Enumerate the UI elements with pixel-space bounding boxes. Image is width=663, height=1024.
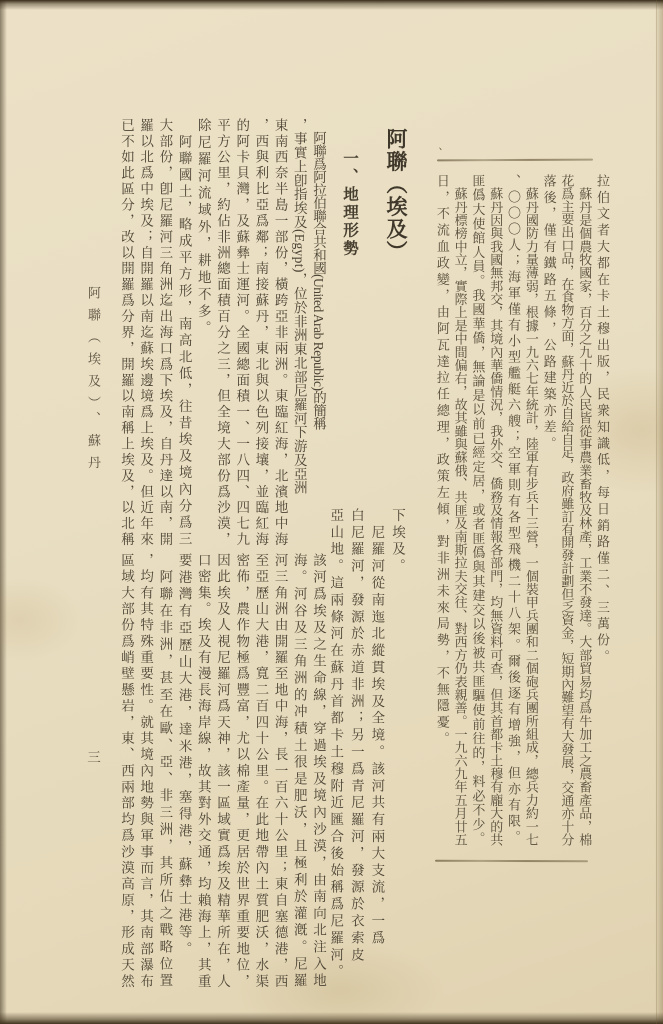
body-lower-band-right: 下埃及。 尼羅河從南迤北縱貫埃及全境。該河共有兩大支流，一爲白尼羅河，發源於赤道… [323,508,407,990]
body-text-column: ，西與利比亞爲鄰；南接蘇丹，東北與以色列接壤，並臨紅海 [251,118,270,548]
margin-label: 阿聯（埃及）、蘇丹 [84,286,103,546]
body-text-column: 要港灣有亞歷山大港，達米港，塞得港，蘇彝士港等。 [174,553,193,990]
body-text-column: 大部份，卽尼羅河三角洲迄出海口爲下埃及，自丹達以南，開 [155,118,174,548]
body-text-column: 阿聯國土，略成平方形，南高北低，往昔埃及境內分爲三 [174,118,193,548]
body-text-column: 密佈，農作物極爲豐富，尤以棉產量，更居於世界重要地位， [232,553,251,990]
body-text-column: 羅以北爲中埃及；自開羅以南迄蘇埃邊境爲上埃及。但近年來 [136,118,155,548]
sudan-text-block: 拉伯文者大都在卡土穆出版，民衆知識低，每日銷路僅二、三萬份。 蘇丹是個農牧國家，… [433,174,611,846]
body-text-column: 至亞歷山大港，寬二百四十公里。在此地帶內土質肥沃，水渠 [251,553,270,990]
section-heading: 一、地理形勢 [338,150,360,290]
body-text-column: 該河爲埃及之生命線，穿過埃及境內沙漠，由南向北注入地 [309,553,328,990]
body-text-column: ，事實上卽指埃及(Egypt)，位於非洲東北部尼羅河下游及亞洲 [290,118,309,548]
body-text-column: 除尼羅河流域外，耕地不多。 [194,118,213,548]
body-text-column: 平方公里，約佔非洲總面積百分之三，但全境大部份爲沙漠， [213,118,232,548]
sudan-text-column: 蘇丹因與我國無邦交，其境內華僑情況，我外交、僑務及情報各部門，均無資料可查，但其… [486,174,504,846]
sudan-text-column: 蘇丹是個農牧國家，百分之九十的人民皆從事農業畜牧及林產，工業不發達。大部貿易均爲… [575,174,593,846]
chapter-title: 阿聯（埃及） [381,128,411,278]
body-text-column: ，均有其特殊重要性。就其境內地勢與軍事而言，其南部瀑布 [136,553,155,990]
sudan-text-column: 匪僞大使館人員。我國華僑，無論是以前已經定居，或者匪僞與其建交以後被共匪驅使前往… [469,174,487,846]
body-text-column: 阿聯在非洲，甚至在歐、亞、非三洲，其所佔之戰略位置 [155,553,174,990]
body-text-column: 阿聯爲阿拉伯聯合共和國(United Arab Republic)的簡稱 [309,118,328,548]
body-text-column: 區域大部份爲峭壁懸岩，東、西兩部均爲沙漠高原，形成天然 [117,553,136,990]
rule-tick-mark: 、 [428,147,444,158]
page-number: 三 [82,750,102,780]
body-text-column: 白尼羅河，發源於赤道非洲；另一爲青尼羅河，發源於衣索皮 [345,508,366,990]
body-text-column: 東南西奈半島一部份，橫跨亞非兩洲。東臨紅海，北濱地中海 [270,118,289,548]
body-text-column: 的阿卡貝灣，及蘇彝士運河。全國總面積一、一八四、四七九 [232,118,251,548]
scanned-document-page: 、 拉伯文者大都在卡土穆出版，民衆知識低，每日銷路僅二、三萬份。 蘇丹是個農牧國… [0,0,663,1024]
body-lower-band-left: 該河爲埃及之生命線，穿過埃及境內沙漠，由南向北注入地海。河谷及三角洲的冲積土很是… [116,553,328,990]
body-text-column: 下埃及。 [386,508,407,990]
body-text-column: 因此埃及人視尼羅河爲天神，該一區域實爲埃及精華所在，人 [213,553,232,990]
sudan-text-column: 落後，僅有鐵路五條，公路建築亦差。 [540,174,558,846]
body-text-column: 已不如此區分，改以開羅爲分界，開羅以南稱上埃及，以北稱 [117,118,136,548]
body-text-column: 口密集。埃及有漫長海岸線，故其對外交通，均賴海上，其重 [194,553,213,990]
sudan-text-column: 拉伯文者大都在卡土穆出版，民衆知識低，每日銷路僅二、三萬份。 [593,174,611,846]
body-upper-band: 阿聯爲阿拉伯聯合共和國(United Arab Republic)的簡稱，事實上… [116,118,328,548]
body-text-column: 河三角洲由開羅至地中海，長一百六十公里；東自塞德港，西 [270,553,289,990]
sudan-text-column: 花爲主要出口品，在食物方面，蘇丹近於自給自足，政府雖訂有開發計劃但乏資金，短期內… [558,174,576,846]
body-text-column: 尼羅河從南迤北縱貫埃及全境。該河共有兩大支流，一爲 [366,508,387,990]
sudan-text-column: 、〇〇〇人；海軍僅有小型艦艇六艘；空軍則有各型飛機二十八架。爾後逐有增強，但亦有… [504,174,522,846]
sudan-text-column: 蘇丹國防力量薄弱，根據一九六七年統計，陸軍有步兵十三營，一個裝甲兵團和二個砲兵團… [522,174,540,846]
section-divider-top [437,159,593,162]
body-text-column: 海。河谷及三角洲的冲積土很是肥沃，且極利於灌漑。尼羅 [290,553,309,990]
sudan-text-column: 蘇丹標榜中立，實際上是中間偏右，故其雖與蘇俄、共匪及南斯拉夫交往、對西方仍表親善… [451,174,469,846]
sudan-text-column: 日，不流血政變，由阿瓦達拉任總理，政策左傾，對非洲未來局勢，不無隱憂。 [433,174,451,846]
section-divider-bottom [435,860,588,863]
page-edge-crease [656,0,657,1024]
